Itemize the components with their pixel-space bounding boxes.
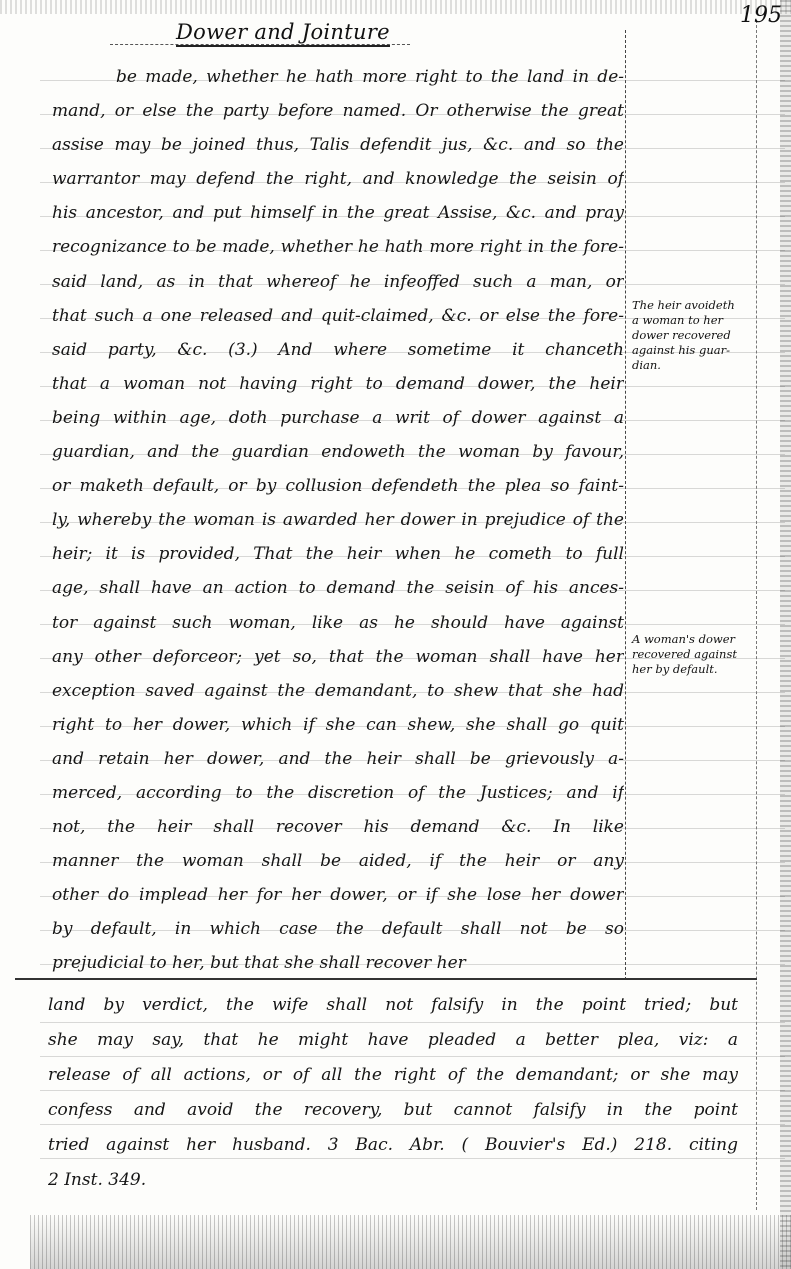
text-line: against his guar- xyxy=(632,343,752,358)
text-line: a woman to her xyxy=(632,313,752,328)
text-line: 2 Inst. 349. xyxy=(48,1163,738,1198)
margin-note-heir-avoideth: The heir avoidetha woman to herdower rec… xyxy=(632,298,752,373)
text-line: warrantor may defend the right, and know… xyxy=(52,162,624,196)
text-line: tor against such woman, like as he shoul… xyxy=(52,606,624,640)
text-line: be made, whether he hath more right to t… xyxy=(52,60,624,94)
text-line: being within age, doth purchase a writ o… xyxy=(52,401,624,435)
scan-noise-bottom xyxy=(30,1215,791,1269)
text-line: The heir avoideth xyxy=(632,298,752,313)
text-line: his ancestor, and put himself in the gre… xyxy=(52,196,624,230)
text-line: any other deforceor; yet so, that the wo… xyxy=(52,640,624,674)
text-line: that such a one released and quit-claime… xyxy=(52,299,624,333)
text-line: release of all actions, or of all the ri… xyxy=(48,1058,738,1093)
text-line: by default, in which case the default sh… xyxy=(52,912,624,946)
text-line: recognizance to be made, whether he hath… xyxy=(52,230,624,264)
scan-edge-right xyxy=(780,0,791,1269)
main-text-body: be made, whether he hath more right to t… xyxy=(52,60,624,981)
scan-noise-top xyxy=(0,0,791,14)
margin-note-dower-by-default: A woman's dowerrecovered againsther by d… xyxy=(632,632,752,677)
footnote-text: land by verdict, the wife shall not fals… xyxy=(48,988,738,1198)
text-line: heir; it is provided, That the heir when… xyxy=(52,537,624,571)
footnote-separator xyxy=(15,978,757,980)
text-line: her by default. xyxy=(632,662,752,677)
text-line: ly, whereby the woman is awarded her dow… xyxy=(52,503,624,537)
manuscript-page: 195 Dower and Jointure be made, whether … xyxy=(0,0,791,1269)
text-line: prejudicial to her, but that she shall r… xyxy=(52,946,624,980)
page-heading: Dower and Jointure xyxy=(176,20,390,47)
text-line: dower recovered xyxy=(632,328,752,343)
text-line: mand, or else the party before named. Or… xyxy=(52,94,624,128)
text-line: not, the heir shall recover his demand &… xyxy=(52,810,624,844)
text-line: exception saved against the demandant, t… xyxy=(52,674,624,708)
text-line: right to her dower, which if she can she… xyxy=(52,708,624,742)
text-line: merced, according to the discretion of t… xyxy=(52,776,624,810)
text-line: dian. xyxy=(632,358,752,373)
text-line: assise may be joined thus, Talis defendi… xyxy=(52,128,624,162)
margin-column-rule xyxy=(625,30,626,980)
text-line: said land, as in that whereof he infeoff… xyxy=(52,265,624,299)
page-number: 195 xyxy=(740,3,782,28)
text-line: or maketh default, or by collusion defen… xyxy=(52,469,624,503)
text-line: tried against her husband. 3 Bac. Abr. (… xyxy=(48,1128,738,1163)
text-line: that a woman not having right to demand … xyxy=(52,367,624,401)
text-line: manner the woman shall be aided, if the … xyxy=(52,844,624,878)
text-line: she may say, that he might have pleaded … xyxy=(48,1023,738,1058)
text-line: age, shall have an action to demand the … xyxy=(52,571,624,605)
text-line: recovered against xyxy=(632,647,752,662)
text-line: said party, &c. (3.) And where sometime … xyxy=(52,333,624,367)
text-line: other do implead her for her dower, or i… xyxy=(52,878,624,912)
text-line: confess and avoid the recovery, but cann… xyxy=(48,1093,738,1128)
outer-column-rule xyxy=(756,20,757,1210)
text-line: A woman's dower xyxy=(632,632,752,647)
text-line: guardian, and the guardian endoweth the … xyxy=(52,435,624,469)
text-line: land by verdict, the wife shall not fals… xyxy=(48,988,738,1023)
text-line: and retain her dower, and the heir shall… xyxy=(52,742,624,776)
